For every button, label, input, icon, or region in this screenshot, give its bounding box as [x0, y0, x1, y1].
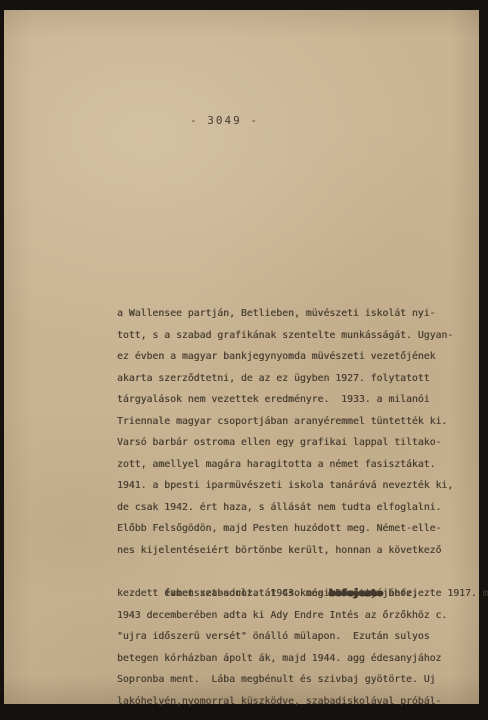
text-line: 1941. a bpesti iparmüvészeti iskola taná… — [117, 475, 467, 497]
text-line: nes kijelentéseiért börtönbe került, hon… — [117, 540, 467, 562]
text-line: "ujra időszerü versét" önálló mülapon. E… — [117, 626, 467, 648]
text-line: betegen kórházban ápolt ák, majd 1944. a… — [117, 648, 467, 670]
text-line: akarta szerződtetni, de az ez ügyben 192… — [117, 368, 467, 390]
paper-sheet: - 3049 - a Wallensee partján, Betlieben,… — [4, 10, 479, 704]
typewritten-text-block: a Wallensee partján, Betlieben, müvészet… — [117, 303, 467, 712]
text-line: Varsó barbár ostroma ellen egy grafikai … — [117, 432, 467, 454]
text-line: Sopronba ment. Lába megbénult és szivbaj… — [117, 669, 467, 691]
scanned-page: - 3049 - a Wallensee partján, Betlieben,… — [0, 0, 488, 720]
text-line: zott, amellyel magára haragitotta a néme… — [117, 454, 467, 476]
text-line: kezdett fametszet-sorozatát Csokonai Dor… — [117, 583, 467, 605]
text-line: 1943 decemberében adta ki Ady Endre Inté… — [117, 605, 467, 627]
text-line: de csak 1942. ért haza, s állását nem tu… — [117, 497, 467, 519]
text-line-with-strikeout: évben szabadult. 1943. még befejezte bef… — [117, 562, 467, 584]
text-line: lakóhelyén,nyomorral küszködve, szabadis… — [117, 691, 467, 713]
text-line: Előbb Felsőgödön, majd Pesten huzódott m… — [117, 518, 467, 540]
text-line: Triennale magyar csoportjában aranyéremm… — [117, 411, 467, 433]
text-line: tott, s a szabad grafikának szentelte mu… — [117, 325, 467, 347]
page-number: - 3049 - — [190, 114, 259, 127]
text-line: ez évben a magyar bankjegynyomda müvésze… — [117, 346, 467, 368]
text-line: a Wallensee partján, Betlieben, müvészet… — [117, 303, 467, 325]
text-line: tárgyalások nem vezettek eredményre. 193… — [117, 389, 467, 411]
